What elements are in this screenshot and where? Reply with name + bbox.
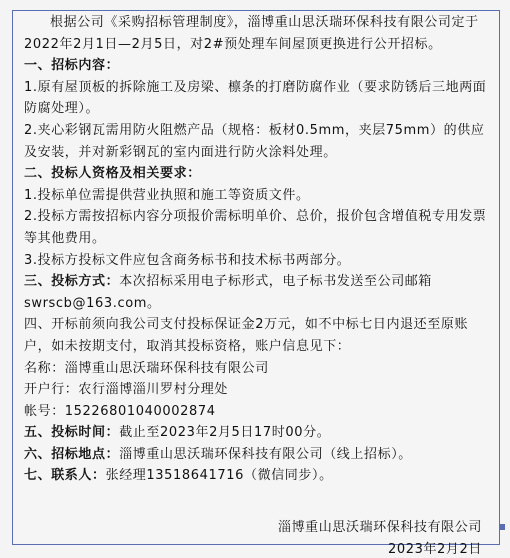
section2-heading: 二、投标人资格及相关要求： bbox=[24, 163, 492, 185]
section1-item: 及安装，并对新彩钢瓦的室内面进行防火涂料处理。 bbox=[24, 142, 492, 164]
account-name: 名称：淄博重山思沃瑞环保科技有限公司 bbox=[24, 358, 492, 380]
section6-line: 六、招标地点：淄博重山思沃瑞环保科技有限公司（线上招标）。 bbox=[24, 444, 492, 466]
bank-name: 开户行：农行淄博淄川罗村分理处 bbox=[24, 379, 492, 401]
account-number: 帐号：15226801040002874 bbox=[24, 401, 492, 423]
section2-item: 3.投标方投标文件应包含商务标书和技术标书两部分。 bbox=[24, 250, 492, 272]
tender-notice: 根据公司《采购招标管理制度》，淄博重山思沃瑞环保科技有限公司定于 2022年2月… bbox=[24, 12, 492, 558]
signature-date: 2023年2月2日 bbox=[24, 539, 492, 558]
section1-item: 1.原有屋顶板的拆除施工及房梁、檩条的打磨防腐作业（要求防锈后三地两面 bbox=[24, 77, 492, 99]
section5-text: 截止至2023年2月5日17时00分。 bbox=[119, 425, 330, 440]
section2-item: 等其他费用。 bbox=[24, 228, 492, 250]
email-address[interactable]: swrscb@163.com。 bbox=[24, 293, 492, 315]
section7-line: 七、联系人：张经理13518641716（微信同步）。 bbox=[24, 465, 492, 487]
section4-line: 四、开标前须向我公司支付投标保证金2万元，如不中标七日内退还至原账 bbox=[24, 314, 492, 336]
section3-line: 三、投标方式：本次招标采用电子标形式，电子标书发送至公司邮箱 bbox=[24, 271, 492, 293]
spacer bbox=[24, 487, 492, 517]
section1-heading: 一、招标内容： bbox=[24, 55, 492, 77]
section5-heading: 五、投标时间： bbox=[24, 425, 119, 440]
section2-item: 1.投标单位需提供营业执照和施工等资质文件。 bbox=[24, 185, 492, 207]
section5-line: 五、投标时间：截止至2023年2月5日17时00分。 bbox=[24, 422, 492, 444]
resize-handle-marker[interactable] bbox=[500, 524, 505, 530]
intro-line-1: 根据公司《采购招标管理制度》，淄博重山思沃瑞环保科技有限公司定于 bbox=[24, 12, 492, 34]
signature-company: 淄博重山思沃瑞环保科技有限公司 bbox=[24, 517, 492, 539]
section1-item: 防腐处理）。 bbox=[24, 98, 492, 120]
section7-heading: 七、联系人： bbox=[24, 468, 106, 483]
section3-heading: 三、投标方式： bbox=[24, 274, 119, 289]
intro-line-2: 2022年2月1日—2月5日，对2#预处理车间屋顶更换进行公开招标。 bbox=[24, 34, 492, 56]
section3-text: 本次招标采用电子标形式，电子标书发送至公司邮箱 bbox=[119, 274, 432, 289]
section4-line: 户，如未按期支付，取消其投标资格，账户信息见下： bbox=[24, 336, 492, 358]
section1-item: 2.夹心彩钢瓦需用防火阻燃产品（规格：板材0.5mm，夹层75mm）的供应 bbox=[24, 120, 492, 142]
section6-heading: 六、招标地点： bbox=[24, 447, 119, 462]
section7-text: 张经理13518641716（微信同步）。 bbox=[106, 468, 333, 483]
section6-text: 淄博重山思沃瑞环保科技有限公司（线上招标）。 bbox=[119, 447, 412, 462]
section2-item: 2.投标方需按招标内容分项报价需标明单价、总价，报价包含增值税专用发票 bbox=[24, 206, 492, 228]
